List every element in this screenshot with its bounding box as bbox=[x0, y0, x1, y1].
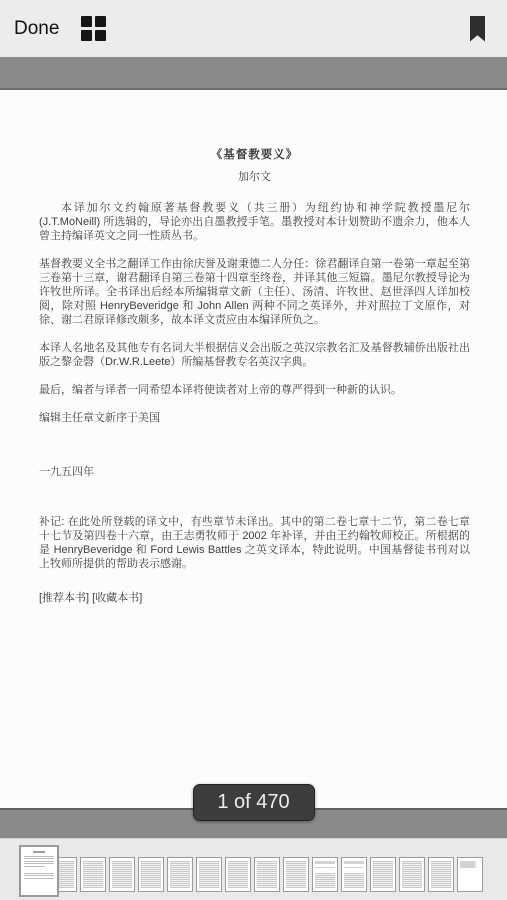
paragraph: 编辑主任章文新序于美国 bbox=[39, 411, 470, 425]
thumbnail-content bbox=[228, 861, 248, 888]
book-author: 加尔文 bbox=[39, 168, 470, 184]
current-page-thumbnail[interactable] bbox=[19, 845, 59, 897]
page-thumbnail[interactable] bbox=[196, 857, 222, 892]
paragraph: 补记: 在此处所登载的译文中，有些章节未译出。其中的第二卷七章十二节，第二卷七章… bbox=[39, 515, 470, 571]
page-thumbnail[interactable] bbox=[312, 857, 338, 892]
thumbnail-content bbox=[170, 861, 190, 888]
thumbnail-content bbox=[402, 861, 422, 888]
thumbnail-content bbox=[199, 861, 219, 888]
paragraph: 最后，编者与译者一同希望本译将使读者对上帝的尊严得到一种新的认识。 bbox=[39, 383, 470, 397]
thumbnail-content bbox=[431, 861, 451, 888]
bookmark-icon bbox=[470, 16, 485, 42]
done-button[interactable]: Done bbox=[14, 18, 59, 40]
page-thumbnail[interactable] bbox=[370, 857, 396, 892]
paragraph: 本译人名地名及其他专有名词大半根据信义会出版之英汉宗教名汇及基督教辅侨出版社出版… bbox=[39, 341, 470, 369]
thumbnail-content bbox=[344, 861, 364, 888]
toolbar: Done bbox=[0, 0, 507, 57]
thumbnail-content bbox=[112, 861, 132, 888]
page-indicator-badge: 1 of 470 bbox=[193, 784, 315, 821]
thumbnail-content bbox=[83, 861, 103, 888]
thumbnail-content bbox=[286, 861, 306, 888]
thumbnail-content bbox=[257, 861, 277, 888]
pdf-viewer-screen: Done 《基督教要义》 加尔文 本译加尔文约翰原著基督教要义（共三册）为纽约协… bbox=[0, 0, 507, 900]
thumbnail-content bbox=[373, 861, 393, 888]
page-thumbnail[interactable] bbox=[225, 857, 251, 892]
thumbnail-grid-button[interactable] bbox=[81, 16, 106, 41]
paragraph: 一九五四年 bbox=[39, 465, 470, 479]
bookmark-button[interactable] bbox=[470, 16, 485, 42]
thumbnail-row bbox=[51, 857, 483, 892]
page-thumbnail[interactable] bbox=[399, 857, 425, 892]
paragraph: [推荐本书] [收藏本书] bbox=[39, 591, 470, 605]
thumbnail-content bbox=[141, 861, 161, 888]
grid-icon bbox=[81, 16, 106, 41]
page-indicator-label: 1 of 470 bbox=[217, 791, 289, 814]
page-thumbnail[interactable] bbox=[109, 857, 135, 892]
document-body: 本译加尔文约翰原著基督教要义（共三册）为纽约协和神学院教授墨尼尔 (J.T.Mo… bbox=[39, 201, 470, 605]
page-thumbnail[interactable] bbox=[167, 857, 193, 892]
page-thumbnail[interactable] bbox=[341, 857, 367, 892]
paragraph: 基督教要义全书之翻译工作由徐庆誉及谢秉德二人分任：徐君翻译自第一卷第一章起至第三… bbox=[39, 257, 470, 327]
page-thumbnail[interactable] bbox=[138, 857, 164, 892]
page-thumbnail[interactable] bbox=[457, 857, 483, 892]
page-thumbnail[interactable] bbox=[80, 857, 106, 892]
thumbnail-strip[interactable] bbox=[0, 838, 507, 900]
book-title: 《基督教要义》 bbox=[39, 146, 470, 162]
pdf-page[interactable]: 《基督教要义》 加尔文 本译加尔文约翰原著基督教要义（共三册）为纽约协和神学院教… bbox=[0, 90, 507, 808]
thumbnail-content bbox=[315, 861, 335, 888]
paragraph: 本译加尔文约翰原著基督教要义（共三册）为纽约协和神学院教授墨尼尔 (J.T.Mo… bbox=[39, 201, 470, 243]
viewer-background-top bbox=[0, 57, 507, 90]
page-thumbnail[interactable] bbox=[428, 857, 454, 892]
page-thumbnail[interactable] bbox=[283, 857, 309, 892]
thumbnail-content bbox=[460, 861, 480, 888]
page-thumbnail[interactable] bbox=[254, 857, 280, 892]
